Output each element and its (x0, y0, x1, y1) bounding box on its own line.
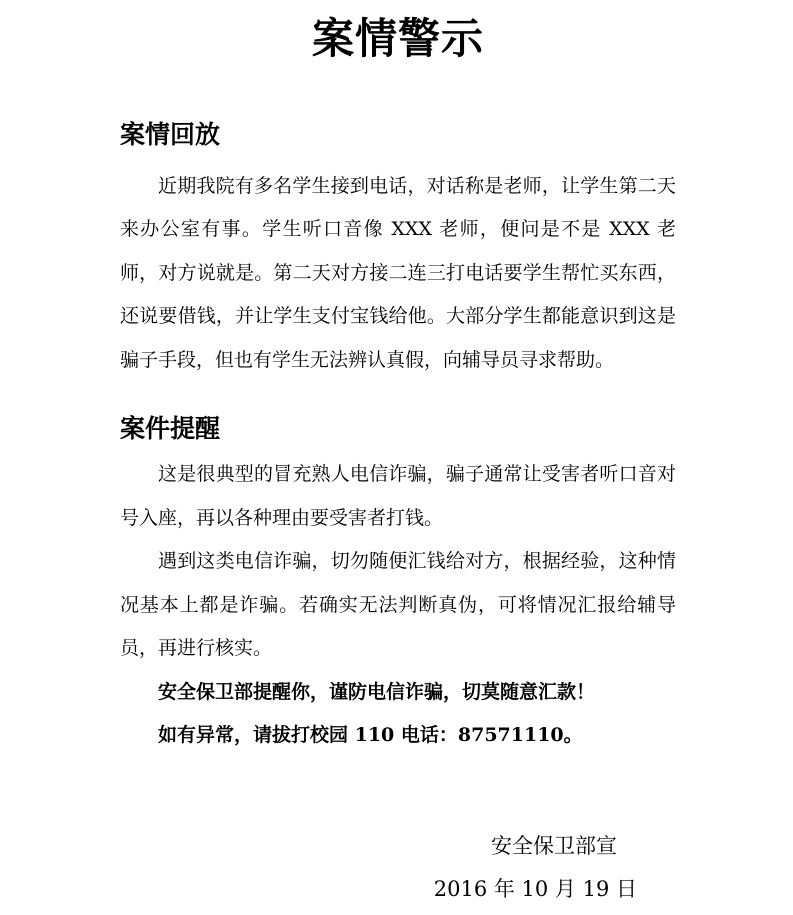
emphasis-line-phone: 如有异常，请拔打校园 110 电话：87571110。 (120, 714, 676, 758)
document-title: 案情警示 (120, 10, 676, 69)
document-date: 2016 年 10 月 19 日 (120, 868, 676, 912)
section-heading-case-replay: 案情回放 (120, 119, 676, 151)
section-heading-case-reminder: 案件提醒 (120, 413, 676, 445)
signature: 安全保卫部宣 (120, 825, 676, 869)
emphasis-line-warning: 安全保卫部提醒你，谨防电信诈骗，切莫随意汇款！ (120, 671, 676, 715)
document-page: 案情警示 案情回放 近期我院有多名学生接到电话，对话称是老师，让学生第二天来办公… (0, 0, 793, 915)
case-replay-paragraph: 近期我院有多名学生接到电话，对话称是老师，让学生第二天来办公室有事。学生听口音像… (120, 165, 676, 383)
case-reminder-paragraph-2: 遇到这类电信诈骗，切勿随便汇钱给对方，根据经验，这种情况基本上都是诈骗。若确实无… (120, 540, 676, 671)
case-reminder-paragraph-1: 这是很典型的冒充熟人电信诈骗，骗子通常让受害者听口音对号入座，再以各种理由要受害… (120, 453, 676, 540)
